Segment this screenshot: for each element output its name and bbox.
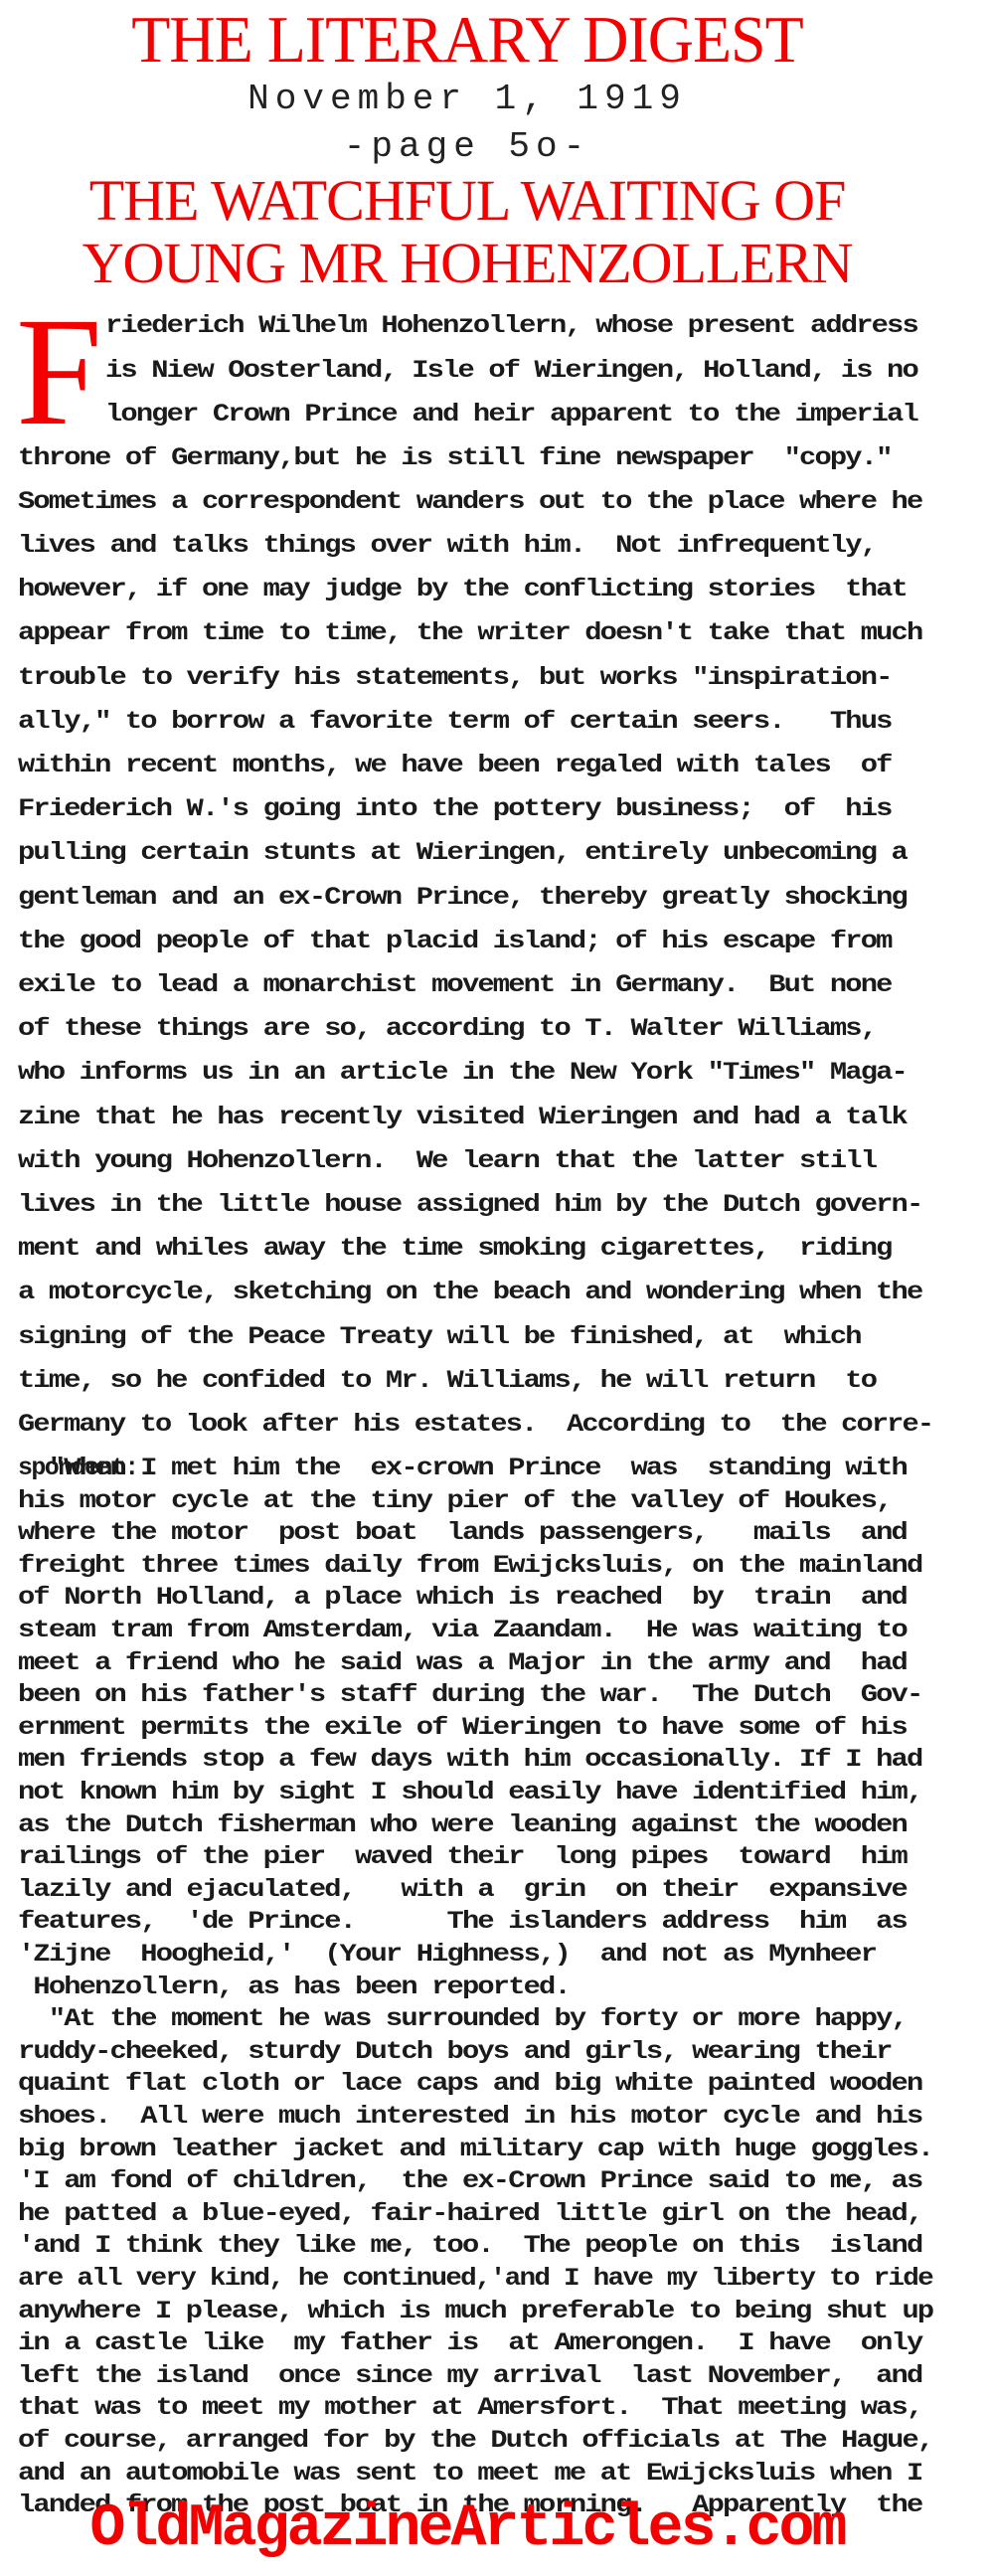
article-line: time, so he confided to Mr. Williams, he…: [18, 1366, 876, 1395]
article-line: exile to lead a monarchist movement in G…: [18, 970, 892, 999]
article-line: appear from time to time, the writer doe…: [18, 618, 921, 647]
article-line: longer Crown Prince and heir apparent to…: [105, 400, 917, 429]
article-line: Sometimes a correspondent wanders out to…: [18, 487, 921, 516]
article-line: riederich Wilhelm Hohenzollern, whose pr…: [105, 311, 917, 340]
headline-line-2: YOUNG MR HOHENZOLLERN: [0, 234, 934, 293]
article-line: "At the moment he was surrounded by fort…: [18, 2004, 907, 2033]
article-line: quaint flat cloth or lace caps and big w…: [18, 2069, 921, 2098]
article-line: steam tram from Amsterdam, via Zaandam. …: [18, 1616, 907, 1644]
headline-line-1: THE WATCHFUL WAITING OF: [0, 171, 934, 231]
drop-cap: F: [16, 312, 99, 431]
article-line: and an automobile was sent to meet me at…: [18, 2459, 921, 2488]
issue-date: November 1, 1919: [0, 78, 934, 121]
article-line: who informs us in an article in the New …: [18, 1058, 907, 1087]
article-line: of North Holland, a place which is reach…: [18, 1583, 907, 1612]
article-line: however, if one may judge by the conflic…: [18, 575, 907, 603]
page-reference: -page 5o-: [0, 125, 934, 169]
article-line: the good people of that placid island; o…: [18, 927, 892, 955]
article-line: Hohenzollern, as has been reported.: [18, 1973, 570, 2001]
article-line: within recent months, we have been regal…: [18, 751, 892, 779]
article-line: meet a friend who he said was a Major in…: [18, 1648, 907, 1677]
article-line: of these things are so, according to T. …: [18, 1014, 876, 1043]
article-line: Germany to look after his estates. Accor…: [18, 1410, 932, 1439]
article-line: a motorcycle, sketching on the beach and…: [18, 1278, 921, 1306]
article-line: shoes. All were much interested in his m…: [18, 2102, 921, 2131]
article-line: features, 'de Prince. The islanders addr…: [18, 1907, 907, 1936]
article-line: railings of the pier waved their long pi…: [18, 1842, 907, 1871]
article-line: "When I met him the ex-crown Prince was …: [18, 1454, 907, 1482]
article-line: in a castle like my father is at Amerong…: [18, 2328, 921, 2357]
article-line: lives and talks things over with him. No…: [18, 531, 876, 560]
article-line: men friends stop a few days with him occ…: [18, 1745, 921, 1774]
article-line: throne of Germany,but he is still fine n…: [18, 443, 892, 472]
article-line: lazily and ejaculated, with a grin on th…: [18, 1875, 907, 1904]
article-line: 'Zijne Hoogheid,' (Your Highness,) and n…: [18, 1940, 876, 1969]
article-line: gentleman and an ex-Crown Prince, thereb…: [18, 883, 907, 912]
article-line: left the island once since my arrival la…: [18, 2361, 921, 2390]
article-line: signing of the Peace Treaty will be fini…: [18, 1322, 861, 1351]
article-line: as the Dutch fisherman who were leaning …: [18, 1810, 907, 1839]
article-line: anywhere I please, which is much prefera…: [18, 2297, 932, 2325]
article-line: of course, arranged for by the Dutch off…: [18, 2426, 932, 2455]
article-line: freight three times daily from Ewijckslu…: [18, 1551, 921, 1580]
article-line: ment and whiles away the time smoking ci…: [18, 1234, 892, 1263]
article-line: are all very kind, he continued,'and I h…: [18, 2264, 932, 2293]
article-line: Friederich W.'s going into the pottery b…: [18, 794, 892, 823]
article-line: zine that he has recently visited Wierin…: [18, 1103, 907, 1131]
article-line: ruddy-cheeked, sturdy Dutch boys and gir…: [18, 2037, 892, 2066]
masthead-title: THE LITERARY DIGEST: [0, 6, 934, 73]
footer-site-link[interactable]: OldMagazineArticles.com: [0, 2493, 934, 2565]
article-line: ally," to borrow a favorite term of cert…: [18, 707, 892, 736]
article-line: trouble to verify his statements, but wo…: [18, 663, 892, 692]
article-line: 'I am fond of children, the ex-Crown Pri…: [18, 2166, 921, 2195]
article-line: lives in the little house assigned him b…: [18, 1190, 921, 1219]
article-line: he patted a blue-eyed, fair-haired littl…: [18, 2199, 921, 2228]
article-line: with young Hohenzollern. We learn that t…: [18, 1146, 876, 1175]
article-line: his motor cycle at the tiny pier of the …: [18, 1486, 892, 1515]
article-line: big brown leather jacket and military ca…: [18, 2135, 932, 2163]
article-line: that was to meet my mother at Amersfort.…: [18, 2393, 921, 2422]
article-line: ernment permits the exile of Wieringen t…: [18, 1713, 907, 1742]
article-line: is Niew Oosterland, Isle of Wieringen, H…: [105, 356, 917, 385]
article-line: been on his father's staff during the wa…: [18, 1680, 921, 1709]
article-line: 'and I think they like me, too. The peop…: [18, 2231, 921, 2260]
article-line: pulling certain stunts at Wieringen, ent…: [18, 838, 907, 867]
article-line: not known him by sight I should easily h…: [18, 1778, 921, 1806]
article-line: where the motor post boat lands passenge…: [18, 1518, 907, 1547]
